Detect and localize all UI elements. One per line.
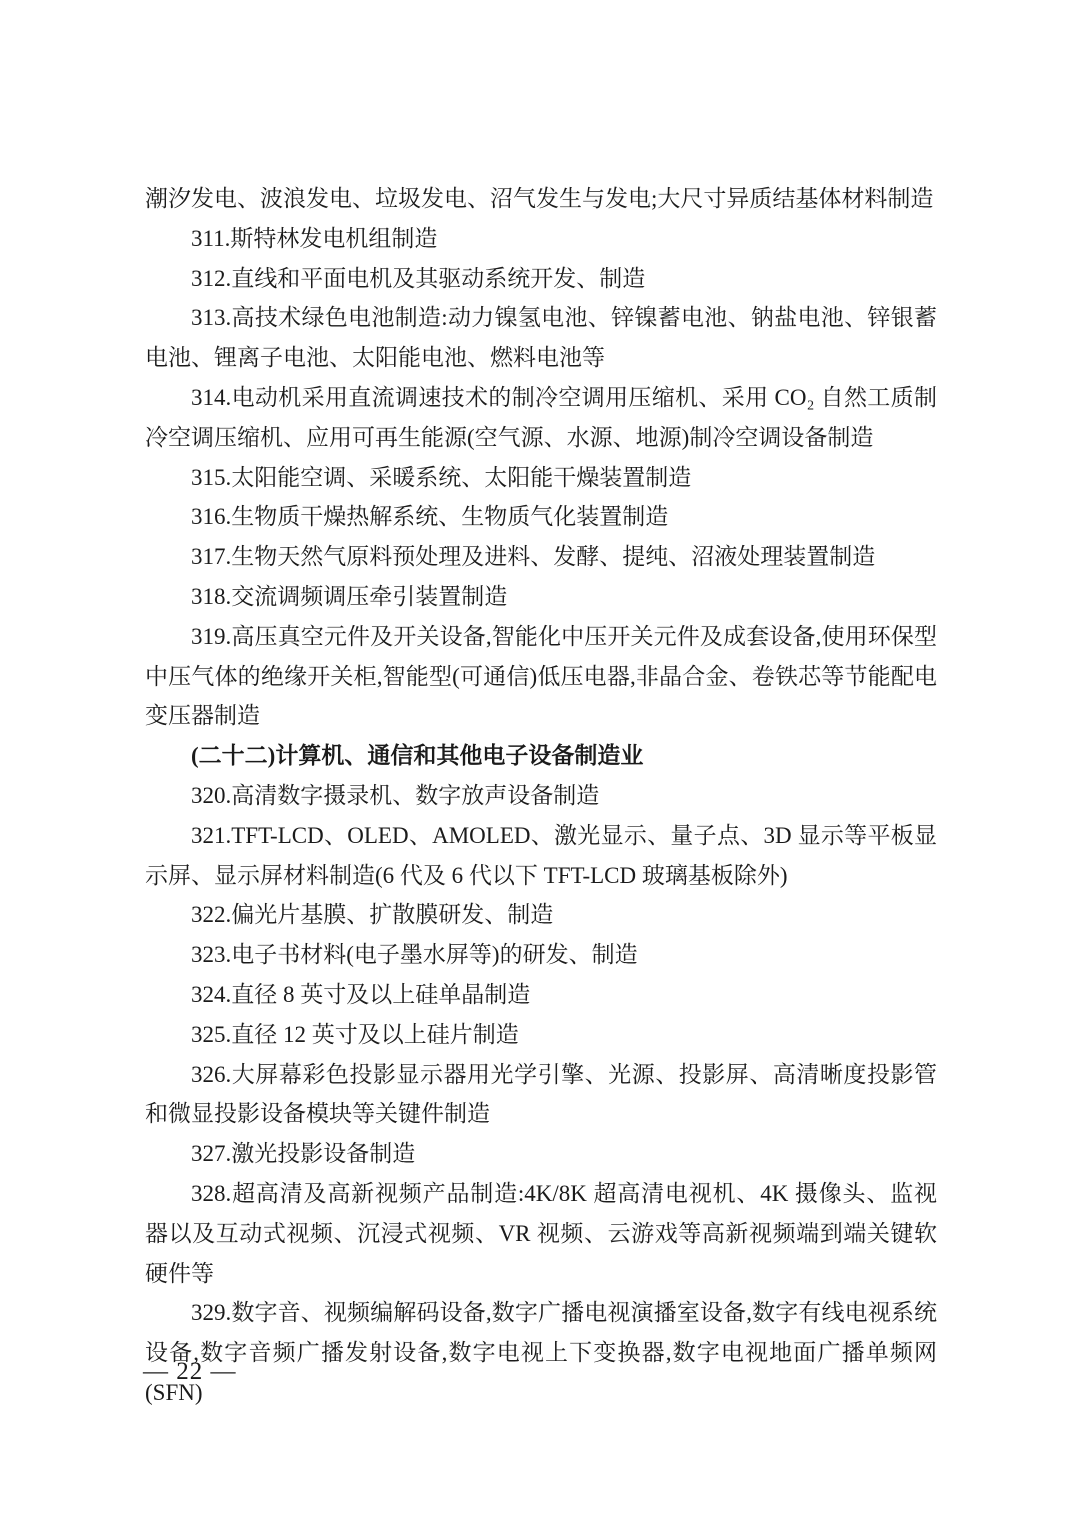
page-number: — 22 — bbox=[143, 1354, 237, 1390]
catalog-item: 322.偏光片基膜、扩散膜研发、制造 bbox=[145, 895, 937, 935]
catalog-item: 323.电子书材料(电子墨水屏等)的研发、制造 bbox=[145, 935, 937, 975]
catalog-item: 318.交流调频调压牵引装置制造 bbox=[145, 577, 937, 617]
catalog-item: 327.激光投影设备制造 bbox=[145, 1134, 937, 1174]
catalog-item: 320.高清数字摄录机、数字放声设备制造 bbox=[145, 776, 937, 816]
catalog-item: 326.大屏幕彩色投影显示器用光学引擎、光源、投影屏、高清晰度投影管和微显投影设… bbox=[145, 1055, 937, 1135]
catalog-item: 314.电动机采用直流调速技术的制冷空调用压缩机、采用 CO₂ 自然工质制冷空调… bbox=[145, 378, 937, 458]
catalog-item: 311.斯特林发电机组制造 bbox=[145, 219, 937, 259]
catalog-item: 328.超高清及高新视频产品制造:4K/8K 超高清电视机、4K 摄像头、监视器… bbox=[145, 1174, 937, 1293]
catalog-item: 316.生物质干燥热解系统、生物质气化装置制造 bbox=[145, 497, 937, 537]
catalog-item: 319.高压真空元件及开关设备,智能化中压开关元件及成套设备,使用环保型中压气体… bbox=[145, 617, 937, 736]
catalog-item: 317.生物天然气原料预处理及进料、发酵、提纯、沼液处理装置制造 bbox=[145, 537, 937, 577]
catalog-item: 315.太阳能空调、采暖系统、太阳能干燥装置制造 bbox=[145, 458, 937, 498]
catalog-item: 324.直径 8 英寸及以上硅单晶制造 bbox=[145, 975, 937, 1015]
paragraph-continuation: 潮汐发电、波浪发电、垃圾发电、沼气发生与发电;大尺寸异质结基体材料制造 bbox=[145, 179, 937, 219]
catalog-item: 329.数字音、视频编解码设备,数字广播电视演播室设备,数字有线电视系统设备,数… bbox=[145, 1293, 937, 1412]
catalog-item: 312.直线和平面电机及其驱动系统开发、制造 bbox=[145, 259, 937, 299]
document-page: 潮汐发电、波浪发电、垃圾发电、沼气发生与发电;大尺寸异质结基体材料制造311.斯… bbox=[0, 0, 1074, 1520]
catalog-item: 321.TFT-LCD、OLED、AMOLED、激光显示、量子点、3D 显示等平… bbox=[145, 816, 937, 896]
catalog-item: 313.高技术绿色电池制造:动力镍氢电池、锌镍蓄电池、钠盐电池、锌银蓄电池、锂离… bbox=[145, 298, 937, 378]
catalog-item: 325.直径 12 英寸及以上硅片制造 bbox=[145, 1015, 937, 1055]
section-heading: (二十二)计算机、通信和其他电子设备制造业 bbox=[145, 736, 937, 776]
document-body: 潮汐发电、波浪发电、垃圾发电、沼气发生与发电;大尺寸异质结基体材料制造311.斯… bbox=[145, 179, 937, 1413]
